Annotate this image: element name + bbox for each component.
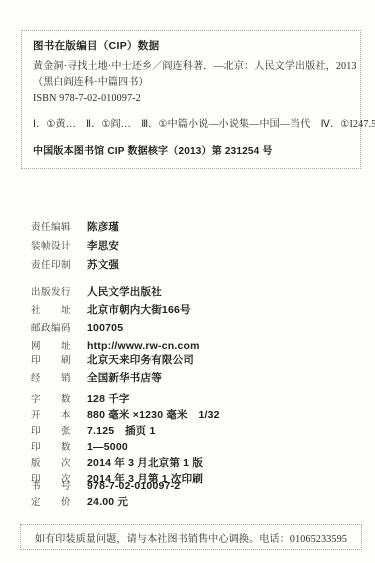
cip-heading: 图书在版编目（CIP）数据: [33, 39, 349, 53]
field-label: 版 次: [31, 457, 87, 472]
field-label: 印 张: [31, 425, 87, 440]
staff-credits-section: 责任编辑 陈彦瑾 装帧设计 李思安 责任印制 苏文强: [31, 218, 119, 275]
field-value: 北京天来印务有限公司: [87, 352, 194, 369]
field-value: 7.125 插页 1: [87, 424, 156, 439]
field-value: 陈彦瑾: [87, 218, 119, 236]
field-value: 苏文强: [87, 256, 119, 274]
row-publisher: 出版发行 人民文学出版社: [31, 284, 200, 302]
field-value: 人民文学出版社: [87, 284, 162, 301]
copyright-page: 图书在版编目（CIP）数据 黄金洞·寻找土地·中士还乡／阎连科著．—北京：人民文…: [0, 0, 375, 563]
field-label: 出版发行: [31, 285, 87, 302]
row-postal-code: 邮政编码 100705: [31, 320, 200, 338]
row-edition: 版 次 2014 年 3 月北京第 1 版: [31, 456, 220, 472]
row-print-supervisor: 责任印制 苏文强: [31, 256, 119, 275]
field-label: 责任印制: [31, 257, 87, 275]
row-print-run: 印 数 1—5000: [31, 440, 220, 456]
field-label: 经 销: [31, 371, 87, 388]
field-value: 2014 年 3 月北京第 1 版: [87, 456, 203, 471]
row-sheets: 印 张 7.125 插页 1: [31, 424, 220, 440]
quality-notice-text: 如有印装质量问题，请与本社图书销售中心调换。电话：01065233595: [35, 530, 347, 545]
row-address: 社 址 北京市朝内大街166号: [31, 302, 200, 320]
book-number-section: 书 号 978-7-02-010097-2 定 价 24.00 元: [31, 479, 180, 511]
field-label: 定 价: [31, 496, 87, 511]
publisher-section: 出版发行 人民文学出版社 社 址 北京市朝内大街166号 邮政编码 100705…: [31, 284, 200, 356]
field-label: 责任编辑: [31, 219, 87, 237]
row-price: 定 价 24.00 元: [31, 495, 180, 511]
row-responsible-editor: 责任编辑 陈彦瑾: [31, 218, 119, 237]
row-printer: 印 刷 北京天来印务有限公司: [31, 352, 194, 370]
field-value: 100705: [87, 320, 123, 337]
row-binding-designer: 装帧设计 李思安: [31, 237, 119, 256]
field-value: 880 毫米 ×1230 毫米 1/32: [87, 408, 220, 423]
field-value: 全国新华书店等: [87, 370, 162, 387]
print-specs-section: 字 数 128 千字 开 本 880 毫米 ×1230 毫米 1/32 印 张 …: [31, 392, 220, 488]
field-label: 印 刷: [31, 353, 87, 370]
field-label: 书 号: [31, 480, 87, 495]
field-value: 128 千字: [87, 392, 130, 407]
field-label: 字 数: [31, 393, 87, 408]
cip-title-line: 黄金洞·寻找土地·中士还乡／阎连科著．—北京：人民文学出版社，2013: [33, 59, 349, 75]
cip-classification-line: Ⅰ．①黄… Ⅱ．①阎… Ⅲ．①中篇小说—小说集—中国—当代 Ⅳ．①I247.5: [33, 117, 349, 133]
cip-series-line: （黑白阎连科·中篇四书）: [33, 75, 349, 91]
row-format: 开 本 880 毫米 ×1230 毫米 1/32: [31, 408, 220, 424]
field-value: 北京市朝内大街166号: [87, 302, 191, 319]
quality-notice-box: 如有印装质量问题，请与本社图书销售中心调换。电话：01065233595: [20, 524, 362, 550]
field-label: 邮政编码: [31, 321, 87, 338]
field-label: 装帧设计: [31, 238, 87, 256]
cip-data-box: 图书在版编目（CIP）数据 黄金洞·寻找土地·中士还乡／阎连科著．—北京：人民文…: [21, 30, 361, 169]
field-label: 社 址: [31, 303, 87, 320]
cip-record-number-line: 中国版本图书馆 CIP 数据核字（2013）第 231254 号: [33, 144, 349, 160]
field-label: 开 本: [31, 409, 87, 424]
printing-distribution-section: 印 刷 北京天来印务有限公司 经 销 全国新华书店等: [31, 352, 194, 388]
row-isbn: 书 号 978-7-02-010097-2: [31, 479, 180, 495]
row-distributor: 经 销 全国新华书店等: [31, 370, 194, 388]
cip-isbn-line: ISBN 978-7-02-010097-2: [33, 91, 349, 107]
price-value: 24.00 元: [87, 495, 128, 510]
field-label: 印 数: [31, 441, 87, 456]
row-word-count: 字 数 128 千字: [31, 392, 220, 408]
field-value: 李思安: [87, 237, 119, 255]
field-value: 1—5000: [87, 440, 128, 455]
isbn-value: 978-7-02-010097-2: [87, 479, 180, 494]
